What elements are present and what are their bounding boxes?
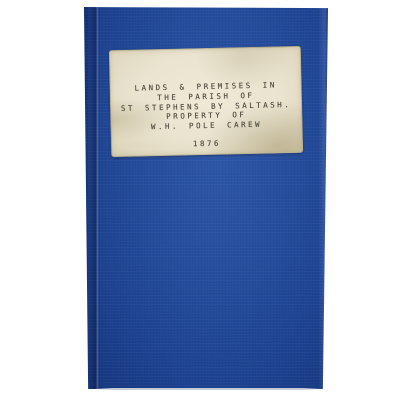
title-label-text: LANDS & PREMISES IN THE PARISH OF ST STE… (110, 47, 302, 133)
title-label: LANDS & PREMISES IN THE PARISH OF ST STE… (109, 46, 303, 157)
book-cover: LANDS & PREMISES IN THE PARISH OF ST STE… (84, 7, 328, 389)
page-edges (95, 388, 321, 390)
cover-right-edge-sheen (318, 7, 328, 389)
photo-background: LANDS & PREMISES IN THE PARISH OF ST STE… (0, 0, 400, 400)
label-year: 1876 (112, 137, 302, 150)
book-spine (84, 7, 100, 389)
